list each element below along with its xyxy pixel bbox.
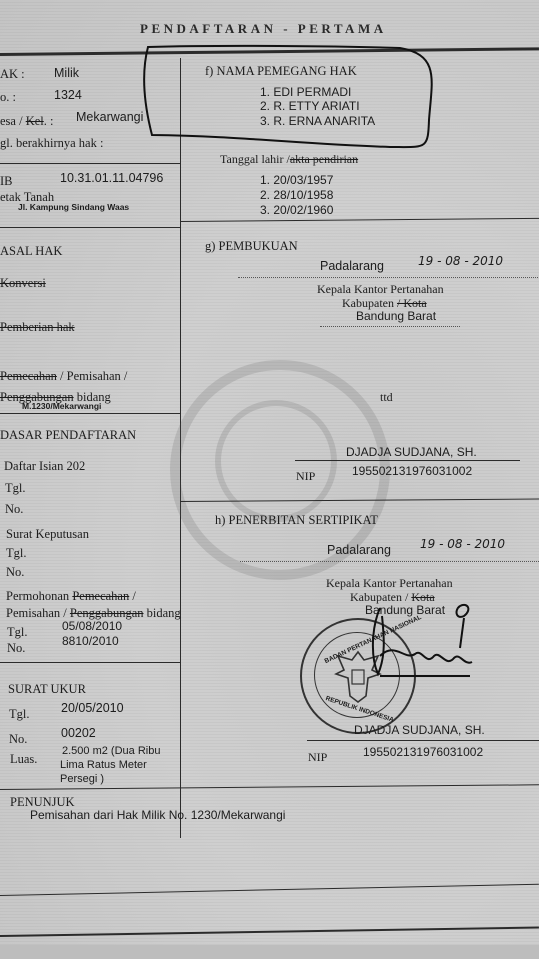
rule-nib (0, 163, 180, 164)
pemisahan-b: bidang (144, 606, 181, 620)
permohonan-tgl-label: Tgl. (7, 625, 27, 640)
permohonan-no-value: 8810/2010 (62, 634, 119, 648)
desa-label-prefix: esa / (0, 114, 26, 128)
pembukuan-place: Padalarang (320, 259, 384, 273)
tanggal-lahir-text: Tanggal lahir / (220, 152, 290, 166)
pembukuan-kota-strike: / Kota (397, 296, 427, 310)
dasar-heading: DASAR PENDAFTARAN (0, 428, 136, 443)
pembukuan-dotline (238, 277, 538, 278)
permohonan-b: / (129, 589, 136, 603)
pembukuan-sign-line (295, 460, 520, 461)
signature-icon (360, 596, 480, 691)
nib-label: IB (0, 174, 13, 189)
penerbitan-date: 19 - 08 - 2010 (420, 537, 505, 551)
dasar-tgl: Tgl. (5, 481, 25, 496)
berakhir-label: gl. berakhirnya hak : (0, 136, 103, 151)
permohonan-line: Permohonan Pemecahan / (6, 589, 136, 604)
certificate-page: PENDAFTARAN - PERTAMA AK : Milik o. : 13… (0, 0, 539, 945)
asal-ref: M.1230/Mekarwangi (22, 401, 101, 411)
permohonan-no-label: No. (7, 641, 25, 656)
pemisahan-a: Pemisahan / (6, 606, 70, 620)
rule-surat-ukur (0, 662, 180, 663)
pemecahan-strike: Pemecahan (0, 369, 57, 383)
penerbitan-dotline (240, 561, 539, 562)
document-title: PENDAFTARAN - PERTAMA (140, 21, 387, 37)
letak-value: Jl. Kampung Sindang Waas (18, 202, 129, 212)
desa-label: esa / Kel. : (0, 114, 53, 129)
penerbitan-place: Padalarang (327, 543, 391, 557)
pemecahan-rest: / Pemisahan / (57, 369, 127, 383)
hak-label: AK : (0, 67, 25, 82)
desa-label-strike: Kel (26, 114, 44, 128)
birth-date-1: 1. 20/03/1957 (260, 173, 333, 187)
su-tgl-value: 20/05/2010 (61, 701, 124, 715)
sk-tgl: Tgl. (6, 546, 26, 561)
hak-value: Milik (54, 66, 79, 80)
penunjuk-text: Pemisahan dari Hak Milik No. 1230/Mekarw… (30, 808, 285, 822)
pemberian-hak: Pemberian hak (0, 320, 75, 335)
su-no-value: 00202 (61, 726, 96, 740)
su-luas-label: Luas. (10, 752, 37, 767)
su-luas-line1: 2.500 m2 (Dua Ribu (62, 745, 160, 757)
handdrawn-highlight-outline (140, 40, 440, 155)
penerbitan-office: Kepala Kantor Pertanahan (326, 576, 453, 591)
nib-value: 10.31.01.11.04796 (60, 171, 163, 185)
desa-value: Mekarwangi (76, 110, 143, 124)
daftar-isian: Daftar Isian 202 (4, 459, 85, 474)
penerbitan-nip-value: 195502131976031002 (363, 745, 483, 759)
penerbitan-sign-line (307, 740, 539, 741)
pembukuan-nip-label: NIP (296, 469, 315, 484)
rule-penunjuk (0, 784, 539, 790)
pembukuan-heading: g) PEMBUKUAN (205, 239, 298, 254)
permohonan-a: Permohonan (6, 589, 72, 603)
permohonan-strike: Pemecahan (72, 589, 129, 603)
pembukuan-kab-text: Kabupaten (342, 296, 397, 310)
pembukuan-office: Kepala Kantor Pertanahan (317, 282, 444, 297)
su-tgl-label: Tgl. (9, 707, 29, 722)
tanggal-lahir-label: Tanggal lahir /akta pendirian (220, 152, 358, 167)
su-no-label: No. (9, 732, 27, 747)
rule-pembukuan (180, 218, 539, 222)
rule-dasar (0, 413, 180, 414)
no-value: 1324 (54, 88, 82, 102)
su-luas-line2: Lima Ratus Meter (60, 759, 147, 771)
desa-label-suffix: . : (44, 114, 54, 128)
birth-date-2: 2. 28/10/1958 (260, 188, 333, 202)
pembukuan-region: Bandung Barat (356, 309, 436, 323)
surat-keputusan: Surat Keputusan (6, 527, 89, 542)
watermark-globe (215, 400, 337, 522)
no-label: o. : (0, 90, 16, 105)
pemisahan-strike: Penggabungan (70, 606, 144, 620)
pemecahan-line: Pemecahan / Pemisahan / (0, 369, 127, 384)
pembukuan-region-dotline (320, 326, 460, 327)
pembukuan-nip-value: 195502131976031002 (352, 464, 472, 478)
penerbitan-official: DJADJA SUDJANA, SH. (354, 723, 485, 737)
surat-ukur-heading: SURAT UKUR (8, 682, 86, 697)
bottom-rule-1 (0, 884, 539, 896)
sk-no: No. (6, 565, 24, 580)
dasar-no: No. (5, 502, 23, 517)
konversi: Konversi (0, 276, 46, 291)
birth-date-3: 3. 20/02/1960 (260, 203, 333, 217)
pembukuan-official: DJADJA SUDJANA, SH. (346, 445, 477, 459)
penerbitan-heading: h) PENERBITAN SERTIPIKAT (215, 513, 378, 528)
su-luas-line3: Persegi ) (60, 773, 104, 785)
akta-pendirian-strike: akta pendirian (290, 152, 358, 166)
pembukuan-date: 19 - 08 - 2010 (418, 254, 503, 268)
bottom-rule-2 (0, 927, 539, 937)
permohonan-tgl-value: 05/08/2010 (62, 619, 122, 633)
rule-asal (0, 227, 180, 228)
pembukuan-ttd: ttd (380, 390, 393, 405)
penerbitan-nip-label: NIP (308, 750, 327, 765)
asal-hak-heading: ASAL HAK (0, 244, 62, 259)
